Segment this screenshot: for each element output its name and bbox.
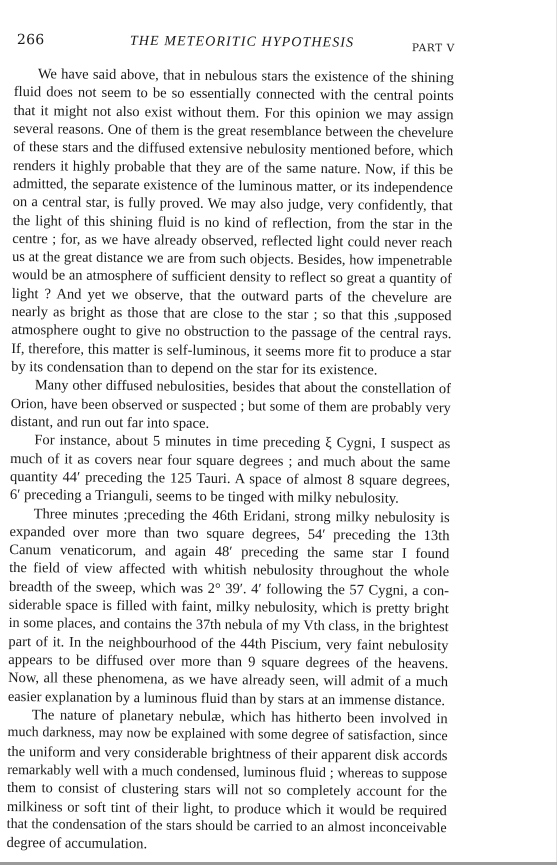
paragraph: We have said above, that in nebulous sta… xyxy=(11,65,454,381)
running-header: 266 THE METEORITIC HYPOTHESIS PART V xyxy=(17,30,453,53)
part-label: PART V xyxy=(412,42,455,54)
paragraph: Three minutes ;preceding the 46th Eridan… xyxy=(8,504,450,710)
running-title: THE METEORITIC HYPOTHESIS xyxy=(130,34,354,52)
paragraph: The nature of planetary nebulæ, which ha… xyxy=(6,706,447,857)
page-number: 266 xyxy=(17,32,45,48)
paragraph: Many other diffused nebulosities, beside… xyxy=(10,376,451,435)
paragraph: For instance, about 5 minutes in time pr… xyxy=(10,431,451,508)
book-page: 266 THE METEORITIC HYPOTHESIS PART V We … xyxy=(0,0,557,865)
body-text: We have said above, that in nebulous sta… xyxy=(6,65,454,857)
